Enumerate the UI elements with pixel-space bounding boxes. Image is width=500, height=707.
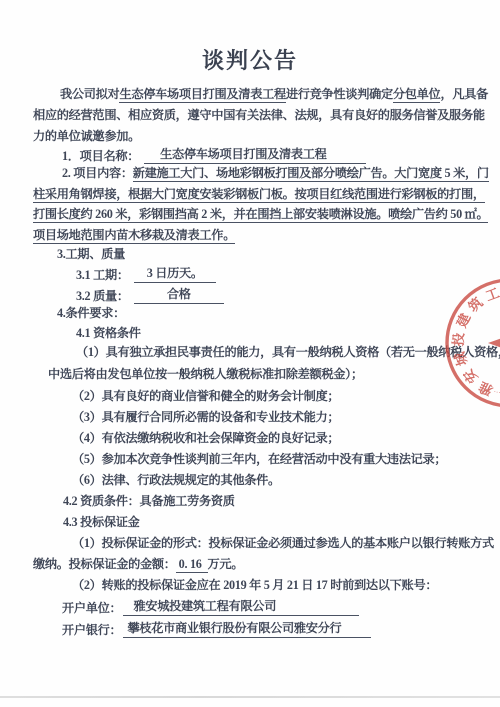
quality-field: 合格: [134, 286, 224, 304]
account-name-label: 开户单位：: [62, 601, 121, 615]
underlined-project-name: 生态停车场项目打围及清表工程: [119, 87, 285, 103]
page-title: 谈判公告: [0, 44, 500, 75]
svg-text:工: 工: [483, 285, 500, 304]
project-name-field: 生态停车场项目打围及清表工程: [144, 146, 366, 164]
intro-line-3: 力的单位诚邀参加。: [33, 128, 140, 144]
seal-star-icon: [488, 322, 500, 364]
condition-6: （6）法律、行政法规规定的其他条件。: [72, 472, 280, 488]
item-project-content-line-1: 2. 项目内容：新建施工大门、场地彩钢板打围及部分喷绘广告。大门宽度 5 米，门: [62, 165, 489, 181]
sub43-heading: 4.3 投标保证金: [63, 514, 140, 530]
sub42-heading: 4.2 资质条件：具备施工劳务资质: [63, 493, 235, 509]
svg-text:城: 城: [451, 350, 471, 368]
quality-row: 3.2 质量：合格: [76, 286, 224, 304]
condition-5: （5）参加本次竞争性谈判前三年内，在经营活动中没有重大违法记录；: [72, 451, 446, 467]
duration-label: 3.1 工期：: [76, 268, 129, 282]
deposit-amount-field: 0. 16: [176, 557, 208, 573]
seal-company-text: 雅 安 城 投 建 筑 工 程 有 限 公 司: [450, 283, 500, 399]
bank-name-row: 开户银行：攀枝花市商业银行股份有限公司雅安分行: [62, 620, 371, 638]
condition-4: （4）有依法缴纳税收和社会保障资金的良好记录；: [72, 430, 339, 446]
item1-label: 1．项目名称：: [62, 149, 139, 163]
scanned-notice-page: 谈判公告 我公司拟对生态停车场项目打围及清表工程进行竞争性谈判确定分包单位，凡具…: [0, 0, 500, 707]
item-project-content-line-2: 柱采用角钢焊接，根据大门宽度安装彩钢板门板。按项目红线范围进行彩钢板的打围，: [33, 186, 485, 202]
quality-label: 3.2 质量：: [76, 289, 129, 303]
official-seal: 雅 安 城 投 建 筑 工 程 有 限 公 司 ·····: [430, 263, 500, 423]
item-project-name: 1．项目名称：生态停车场项目打围及清表工程: [62, 146, 366, 164]
section4-heading: 4.条件要求：: [57, 305, 125, 321]
deposit-line-2: 缴纳。投标保证金的金额：0. 16万元。: [33, 556, 243, 572]
seal-serial-marks: ·····: [493, 388, 500, 398]
bank-name-label: 开户银行：: [62, 623, 121, 637]
intro-line-1: 我公司拟对生态停车场项目打围及清表工程进行竞争性谈判确定分包单位，凡具备: [60, 86, 488, 102]
account-name-field: 雅安城投建筑工程有限公司: [123, 598, 359, 616]
intro-line-2: 相应的经营范围、相应资质，遵守中国有关法律、法规，具有良好的服务信誉及服务能: [33, 107, 485, 123]
item2-label: 2. 项目内容：: [62, 166, 133, 180]
duration-field: 3 日历天。: [134, 265, 216, 283]
bank-name-field: 攀枝花市商业银行股份有限公司雅安分行: [123, 620, 371, 638]
deposit-deadline: （2）转账的投标保证金应在 2019 年 5 月 21 日 17 时前到达以下账…: [72, 577, 437, 593]
item-project-content-line-3: 打围长度约 260 米，彩钢围挡高 2 米，并在围挡上部安装喷淋设施。喷绘广告约…: [33, 206, 488, 222]
account-name-row: 开户单位：雅安城投建筑工程有限公司: [62, 598, 359, 616]
item-project-content-line-4: 项目场地范围内苗木移栽及清表工作。: [33, 227, 235, 243]
duration-row: 3.1 工期：3 日历天。: [76, 265, 216, 283]
condition-3: （3）具有履行合同所必需的设备和专业技术能力；: [72, 409, 339, 425]
sub41-heading: 4.1 资格条件: [76, 325, 141, 341]
svg-text:投: 投: [450, 332, 467, 347]
condition-1-line-2: 中选后将由发包单位按一般纳税人缴税标准扣除差额税金）；: [48, 366, 363, 382]
scan-shadow-line: [0, 696, 500, 698]
section3-heading: 3.工期、质量: [57, 246, 125, 262]
underlined-subcontract-unit: 分包单位: [393, 87, 441, 103]
deposit-line-1: （1）投标保证金的形式：投标保证金必须通过参选人的基本账户以银行转账方式: [72, 535, 494, 551]
condition-2: （2）具有良好的商业信誉和健全的财务会计制度；: [72, 388, 339, 404]
